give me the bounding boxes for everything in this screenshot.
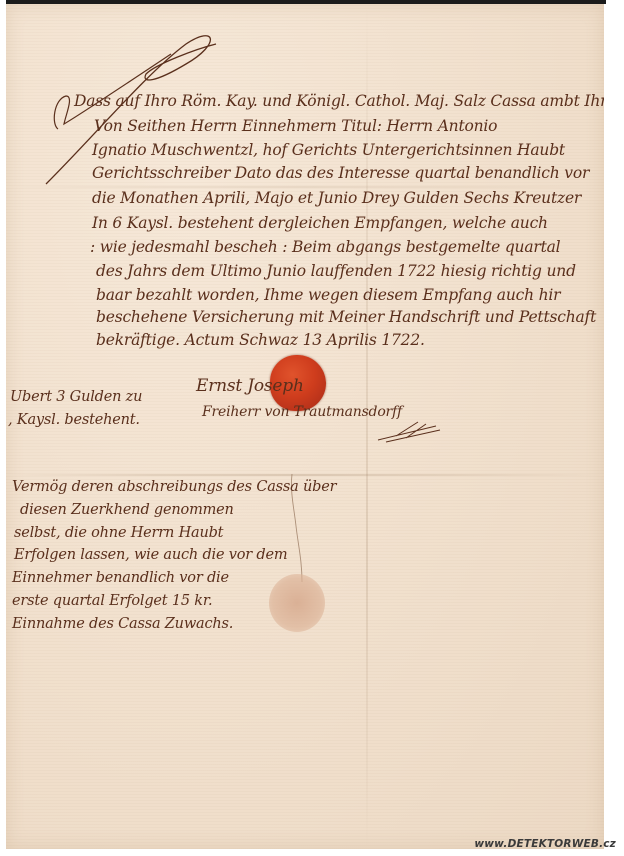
signature-line: Ernst Joseph xyxy=(196,376,304,396)
side-note-line: Einnahme des Cassa Zuwachs. xyxy=(12,616,233,632)
text-line: Ignatio Muschwentzl, hof Gerichts Unterg… xyxy=(92,141,565,159)
document-page: Dass auf Ihro Röm. Kay. und Königl. Cath… xyxy=(6,4,604,849)
date-line: bekräftige. Actum Schwaz 13 Aprilis 1722… xyxy=(96,331,425,349)
side-note-line: selbst, die ohne Herrn Haubt xyxy=(14,525,223,541)
side-note-line: Vermög deren abschreibungs des Cassa übe… xyxy=(12,479,336,495)
text-line: beschehene Versicherung mit Meiner Hands… xyxy=(96,308,596,326)
text-line: In 6 Kaysl. bestehent dergleichen Empfan… xyxy=(92,214,548,232)
signature-paraph xyxy=(376,416,446,446)
text-line: Dass auf Ihro Röm. Kay. und Königl. Cath… xyxy=(74,92,604,110)
side-note-line: Ubert 3 Gulden zu xyxy=(10,389,142,405)
side-note-line: diesen Zuerkhend genommen xyxy=(20,502,234,518)
watermark-text: www.DETEKTORWEB.cz xyxy=(474,838,616,850)
side-note-line: Erfolgen lassen, wie auch die vor dem xyxy=(14,547,287,563)
signature-line: Freiherr von Trautmansdorff xyxy=(202,404,402,420)
text-line: des Jahrs dem Ultimo Junio lauffenden 17… xyxy=(96,262,576,280)
text-line: : wie jedesmahl bescheh : Beim abgangs b… xyxy=(90,238,560,256)
faded-seal-stain xyxy=(269,574,325,632)
side-note-line: erste quartal Erfolget 15 kr. xyxy=(12,593,212,609)
side-note-line: Einnehmer benandlich vor die xyxy=(12,570,229,586)
text-line: Von Seithen Herrn Einnehmern Titul: Herr… xyxy=(94,117,497,135)
text-line: die Monathen Aprili, Majo et Junio Drey … xyxy=(92,189,581,207)
text-line: baar bezahlt worden, Ihme wegen diesem E… xyxy=(96,286,560,304)
side-note-line: , Kaysl. bestehent. xyxy=(8,412,140,428)
text-line: Gerichtsschreiber Dato das des Interesse… xyxy=(92,164,589,182)
